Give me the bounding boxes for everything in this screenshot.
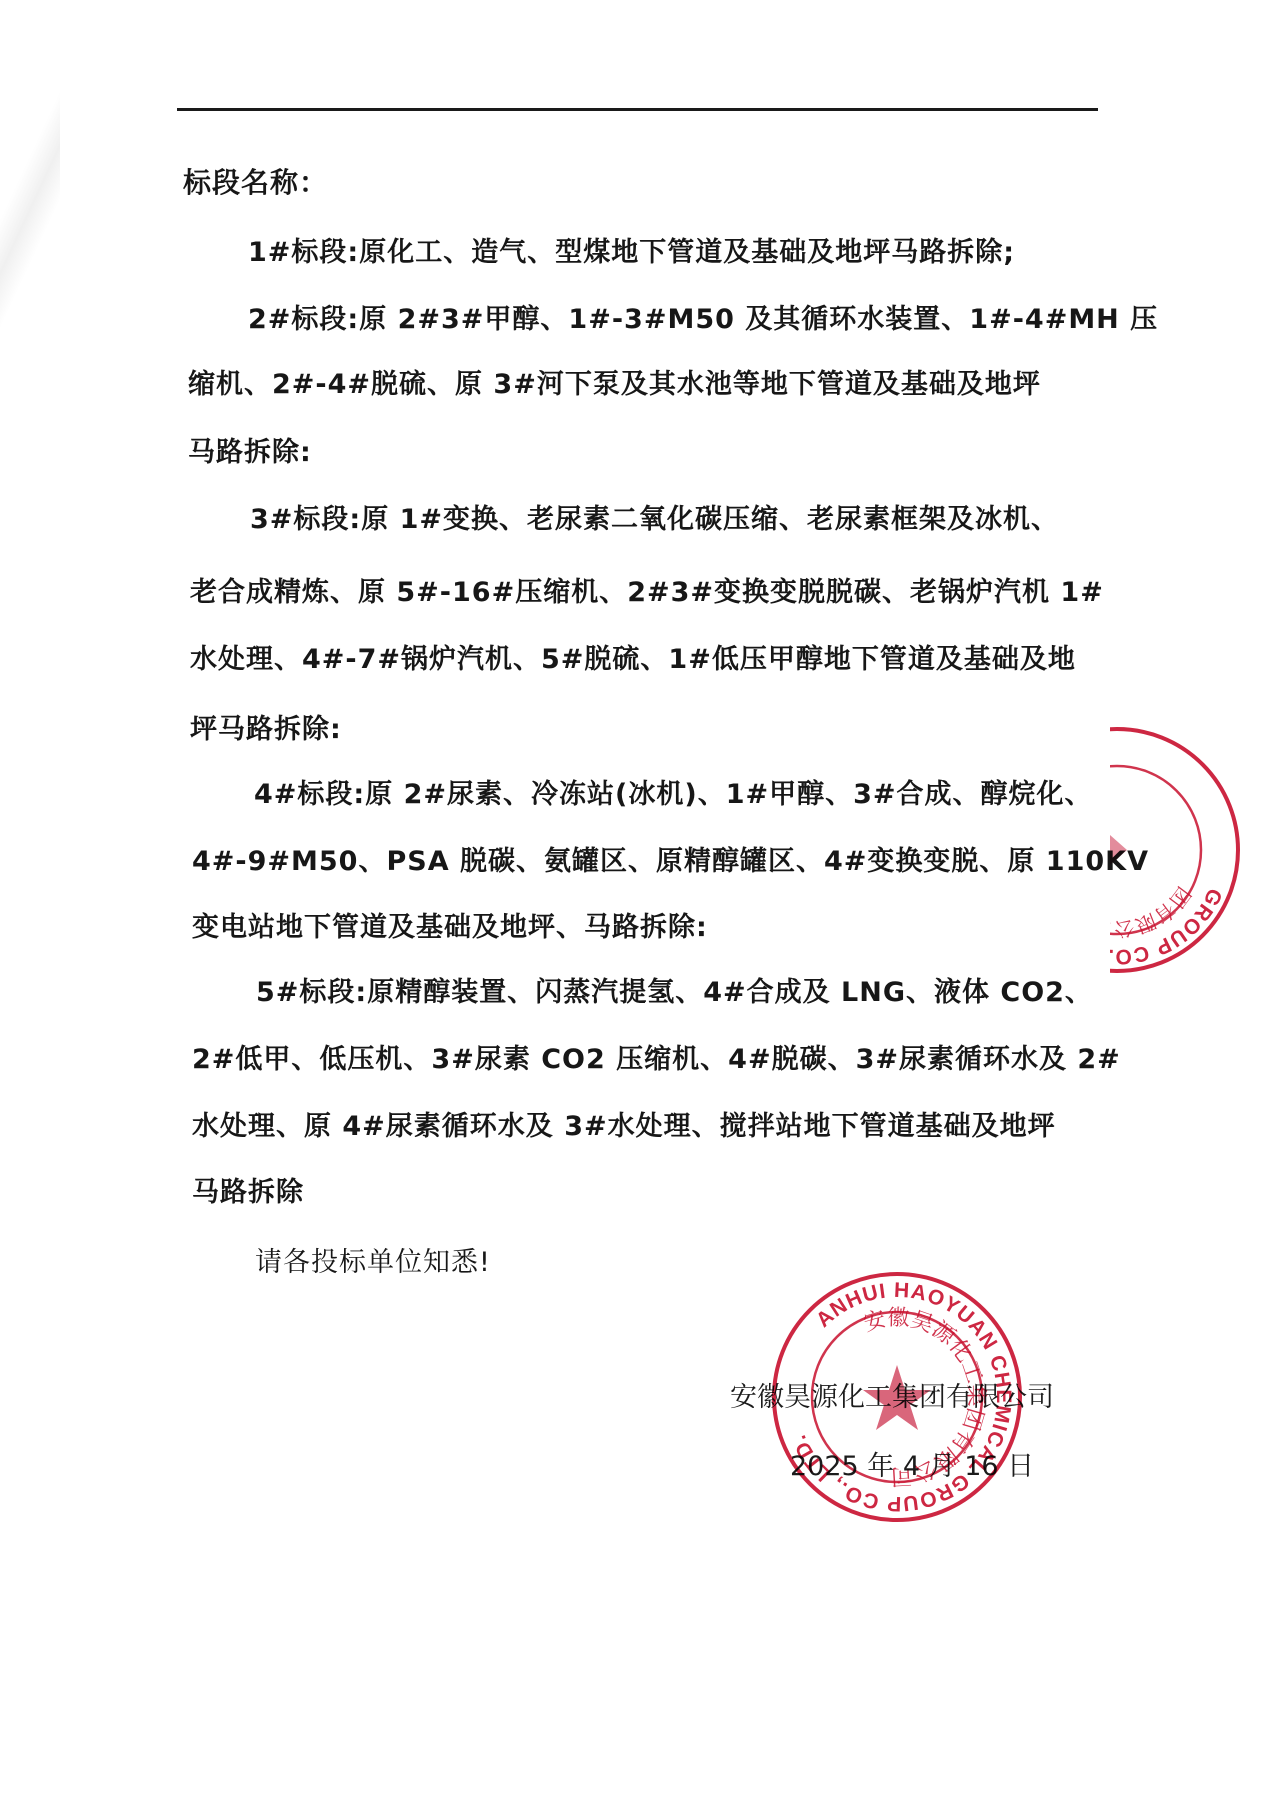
section-3-line-1: 3#标段:原 1#变换、老尿素二氧化碳压缩、老尿素框架及冰机、 — [250, 503, 1059, 537]
section-5-line-4: 马路拆除 — [192, 1176, 304, 1210]
section-4-line-2: 4#-9#M50、PSA 脱碳、氨罐区、原精醇罐区、4#变换变脱、原 110KV — [192, 845, 1149, 879]
star-icon — [863, 1365, 931, 1430]
section-5-line-2: 2#低甲、低压机、3#尿素 CO2 压缩机、4#脱碳、3#尿素循环水及 2# — [192, 1043, 1121, 1077]
company-seal-stamp: ANHUI HAOYUAN CHEMICAL GROUP CO., LTD. 安… — [770, 1270, 1024, 1524]
seam-seal-stamp: GROUP CO., LTD. 团有限公司 — [1110, 725, 1280, 975]
star-fragment-icon — [1110, 835, 1127, 865]
section-5-line-1: 5#标段:原精醇装置、闪蒸汽提氢、4#合成及 LNG、液体 CO2、 — [256, 976, 1093, 1010]
section-2-line-3: 马路拆除: — [188, 436, 312, 470]
section-3-line-2: 老合成精炼、原 5#-16#压缩机、2#3#变换变脱脱碳、老锅炉汽机 1# — [190, 576, 1104, 610]
heading: 标段名称： — [183, 166, 328, 200]
section-3-line-4: 坪马路拆除: — [190, 713, 342, 747]
section-3-line-3: 水处理、4#-7#锅炉汽机、5#脱硫、1#低压甲醇地下管道及基础及地 — [190, 643, 1076, 677]
section-4-line-1: 4#标段:原 2#尿素、冷冻站(冰机)、1#甲醇、3#合成、醇烷化、 — [254, 778, 1093, 812]
section-2-line-1: 2#标段:原 2#3#甲醇、1#-3#M50 及其循环水装置、1#-4#MH 压 — [248, 303, 1158, 337]
section-5-line-3: 水处理、原 4#尿素循环水及 3#水处理、搅拌站地下管道基础及地坪 — [192, 1110, 1056, 1144]
closing-notice: 请各投标单位知悉! — [255, 1246, 491, 1280]
header-rule — [177, 108, 1098, 111]
section-2-line-2: 缩机、2#-4#脱硫、原 3#河下泵及其水池等地下管道及基础及地坪 — [188, 368, 1041, 402]
section-4-line-3: 变电站地下管道及基础及地坪、马路拆除: — [192, 911, 708, 945]
section-1-line-1: 1#标段:原化工、造气、型煤地下管道及基础及地坪马路拆除; — [248, 236, 1015, 270]
paper-edge-shadow — [0, 0, 60, 420]
